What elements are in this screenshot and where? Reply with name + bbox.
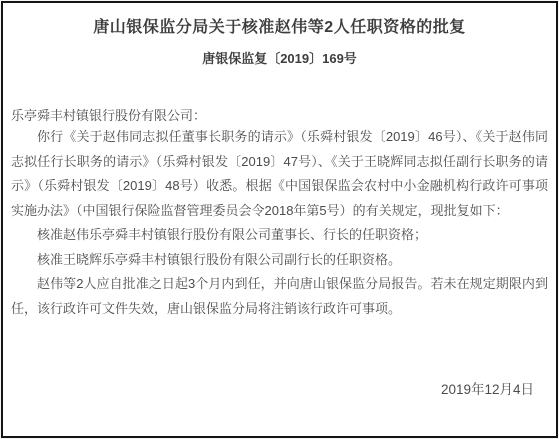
document-number: 唐银保监复〔2019〕169号 — [3, 48, 556, 67]
document-date: 2019年12月4日 — [11, 378, 548, 398]
document-page: 唐山银保监分局关于核准赵伟等2人任职资格的批复 唐银保监复〔2019〕169号 … — [1, 1, 558, 438]
paragraph-approval-wangxiaohui: 核准王晓辉乐亭舜丰村镇银行股份有限公司副行长的任职资格。 — [11, 248, 548, 273]
paragraph-approval-zhaowei: 核准赵伟乐亭舜丰村镇银行股份有限公司董事长、行长的任职资格； — [11, 223, 548, 248]
paragraph-request-references: 你行《关于赵伟同志拟任董事长职务的请示》（乐舜村银发〔2019〕46号）、《关于… — [11, 125, 548, 223]
document-body: 乐亭舜丰村镇银行股份有限公司： 你行《关于赵伟同志拟任董事长职务的请示》（乐舜村… — [3, 107, 556, 398]
salutation: 乐亭舜丰村镇银行股份有限公司： — [11, 107, 548, 125]
paragraph-deadline-notice: 赵伟等2人应自批准之日起3个月内到任，并向唐山银保监分局报告。若未在规定期限内到… — [11, 272, 548, 321]
document-title: 唐山银保监分局关于核准赵伟等2人任职资格的批复 — [3, 14, 556, 37]
